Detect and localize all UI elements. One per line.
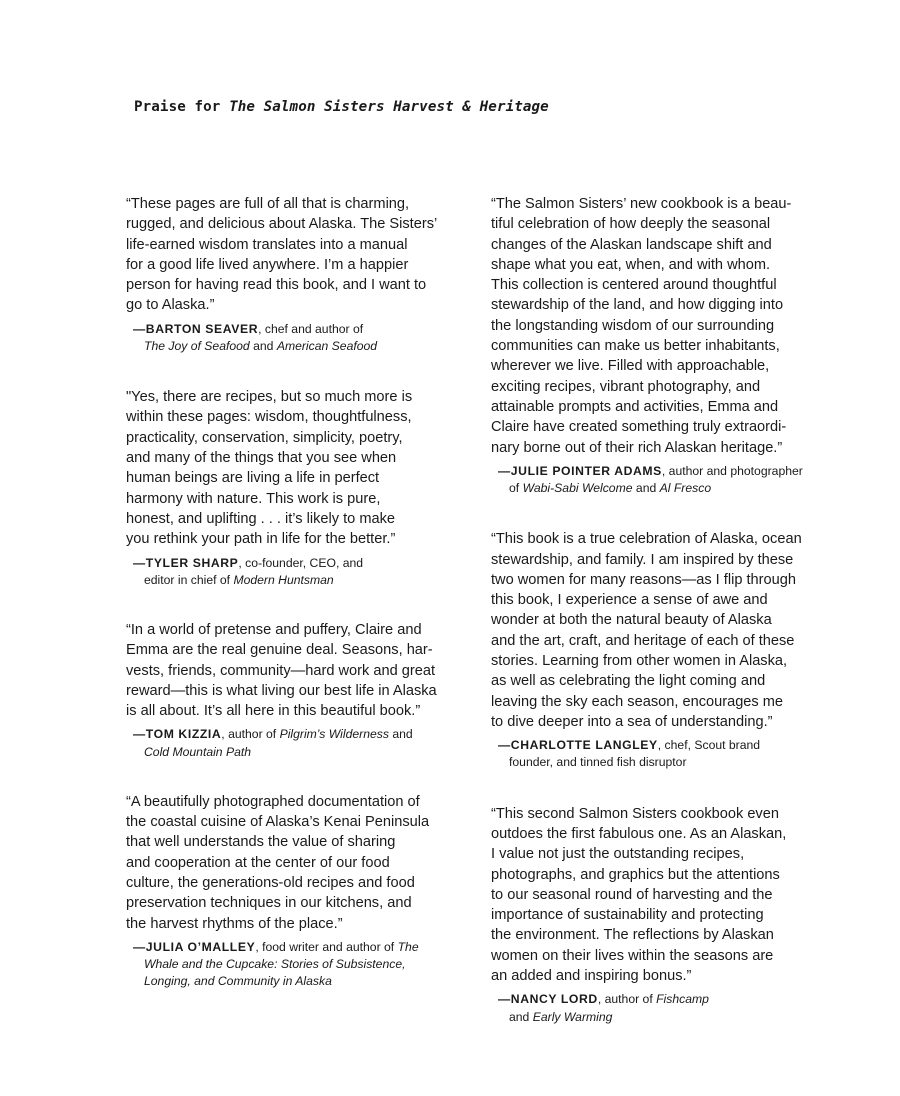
page-title: Praise for The Salmon Sisters Harvest & …: [134, 99, 549, 115]
attribution: —BARTON SEAVER, chef and author of The J…: [133, 321, 456, 355]
attribution: —JULIE POINTER ADAMS, author and photogr…: [498, 463, 821, 497]
quote-text: “A beautifully photographed documentatio…: [126, 792, 456, 934]
blurb-tyler-sharp: "Yes, there are recipes, but so much mor…: [126, 387, 456, 589]
blurb-julie-pointer-adams: “The Salmon Sisters’ new cookbook is a b…: [491, 194, 821, 497]
quote-text: "Yes, there are recipes, but so much mor…: [126, 387, 456, 549]
attribution-name: —BARTON SEAVER: [133, 322, 258, 336]
attribution-name: —JULIE POINTER ADAMS: [498, 464, 662, 478]
attribution-name: —TOM KIZZIA: [133, 727, 221, 741]
attribution-name: —JULIA O’MALLEY: [133, 940, 255, 954]
blurb-nancy-lord: “This second Salmon Sisters cookbook eve…: [491, 804, 821, 1026]
quote-text: “In a world of pretense and puffery, Cla…: [126, 620, 456, 721]
attribution-name: —NANCY LORD: [498, 992, 598, 1006]
quote-text: “The Salmon Sisters’ new cookbook is a b…: [491, 194, 821, 458]
quote-text: “This book is a true celebration of Alas…: [491, 529, 821, 732]
blurb-barton-seaver: “These pages are full of all that is cha…: [126, 194, 456, 355]
right-column: “The Salmon Sisters’ new cookbook is a b…: [491, 194, 821, 1026]
attribution-name: —TYLER SHARP: [133, 556, 238, 570]
attribution-name: —CHARLOTTE LANGLEY: [498, 738, 658, 752]
blurb-julia-omalley: “A beautifully photographed documentatio…: [126, 792, 456, 991]
page-title-prefix: Praise for: [134, 99, 229, 115]
attribution: —JULIA O’MALLEY, food writer and author …: [133, 939, 456, 991]
quote-text: “These pages are full of all that is cha…: [126, 194, 456, 316]
attribution: —TOM KIZZIA, author of Pilgrim’s Wildern…: [133, 726, 456, 760]
left-column: “These pages are full of all that is cha…: [126, 194, 456, 991]
attribution: —TYLER SHARP, co-founder, CEO, and edito…: [133, 555, 456, 589]
blurb-tom-kizzia: “In a world of pretense and puffery, Cla…: [126, 620, 456, 761]
quote-text: “This second Salmon Sisters cookbook eve…: [491, 804, 821, 987]
blurb-charlotte-langley: “This book is a true celebration of Alas…: [491, 529, 821, 771]
book-title: The Salmon Sisters Harvest & Heritage: [229, 99, 549, 115]
attribution: —NANCY LORD, author of Fishcamp and Earl…: [498, 991, 821, 1025]
attribution: —CHARLOTTE LANGLEY, chef, Scout brand fo…: [498, 737, 821, 771]
